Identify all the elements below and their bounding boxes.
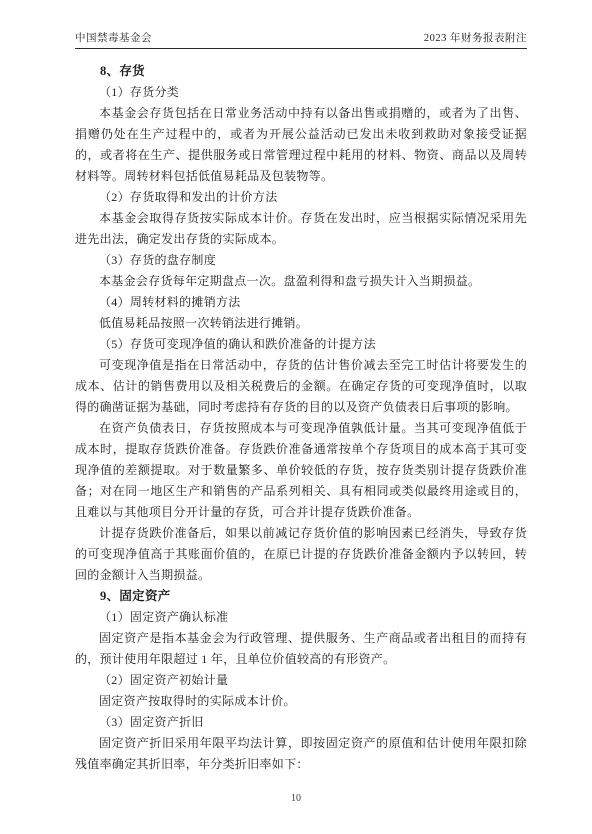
page-number: 10 xyxy=(291,793,301,804)
body-paragraph: 本基金会存货包括在日常业务活动中持有以备出售或捐赠的，或者为了出售、捐赠仍处在生… xyxy=(75,103,527,187)
subsection-heading: （2）存货取得和发出的计价方法 xyxy=(75,187,527,208)
body-paragraph: 固定资产是指本基金会为行政管理、提供服务、生产商品或者出租目的而持有的，预计使用… xyxy=(75,628,527,670)
page-header: 中国禁毒基金会 2023 年财务报表附注 xyxy=(75,30,527,49)
subsection-heading: （1）存货分类 xyxy=(75,82,527,103)
body-paragraph: 计提存货跌价准备后，如果以前减记存货价值的影响因素已经消失，导致存货的可变现净值… xyxy=(75,523,527,586)
body-paragraph: 固定资产按取得时的实际成本计价。 xyxy=(75,691,527,712)
document-page: 中国禁毒基金会 2023 年财务报表附注 8、存货 （1）存货分类 本基金会存货… xyxy=(0,0,592,834)
body-paragraph: 低值易耗品按照一次转销法进行摊销。 xyxy=(75,313,527,334)
subsection-heading: （1）固定资产确认标准 xyxy=(75,607,527,628)
subsection-heading: （5）存货可变现净值的确认和跌价准备的计提方法 xyxy=(75,334,527,355)
subsection-heading: （4）周转材料的摊销方法 xyxy=(75,292,527,313)
body-paragraph: 可变现净值是指在日常活动中，存货的估计售价减去至完工时估计将要发生的成本、估计的… xyxy=(75,355,527,418)
document-content: 8、存货 （1）存货分类 本基金会存货包括在日常业务活动中持有以备出售或捐赠的，… xyxy=(75,61,527,775)
subsection-heading: （2）固定资产初始计量 xyxy=(75,670,527,691)
section-heading-fixed-assets: 9、固定资产 xyxy=(75,586,527,607)
body-paragraph: 在资产负债表日，存货按照成本与可变现净值孰低计量。当其可变现净值低于成本时，提取… xyxy=(75,418,527,523)
subsection-heading: （3）固定资产折旧 xyxy=(75,712,527,733)
section-heading-inventory: 8、存货 xyxy=(75,61,527,82)
header-doc-title: 2023 年财务报表附注 xyxy=(424,30,527,45)
header-org-name: 中国禁毒基金会 xyxy=(75,30,152,45)
body-paragraph: 固定资产折旧采用年限平均法计算，即按固定资产的原值和估计使用年限扣除残值率确定其… xyxy=(75,733,527,775)
body-paragraph: 本基金会取得存货按实际成本计价。存货在发出时，应当根据实际情况采用先进先出法，确… xyxy=(75,208,527,250)
page-footer: 10 xyxy=(0,793,592,804)
subsection-heading: （3）存货的盘存制度 xyxy=(75,250,527,271)
body-paragraph: 本基金会存货每年定期盘点一次。盘盈利得和盘亏损失计入当期损益。 xyxy=(75,271,527,292)
